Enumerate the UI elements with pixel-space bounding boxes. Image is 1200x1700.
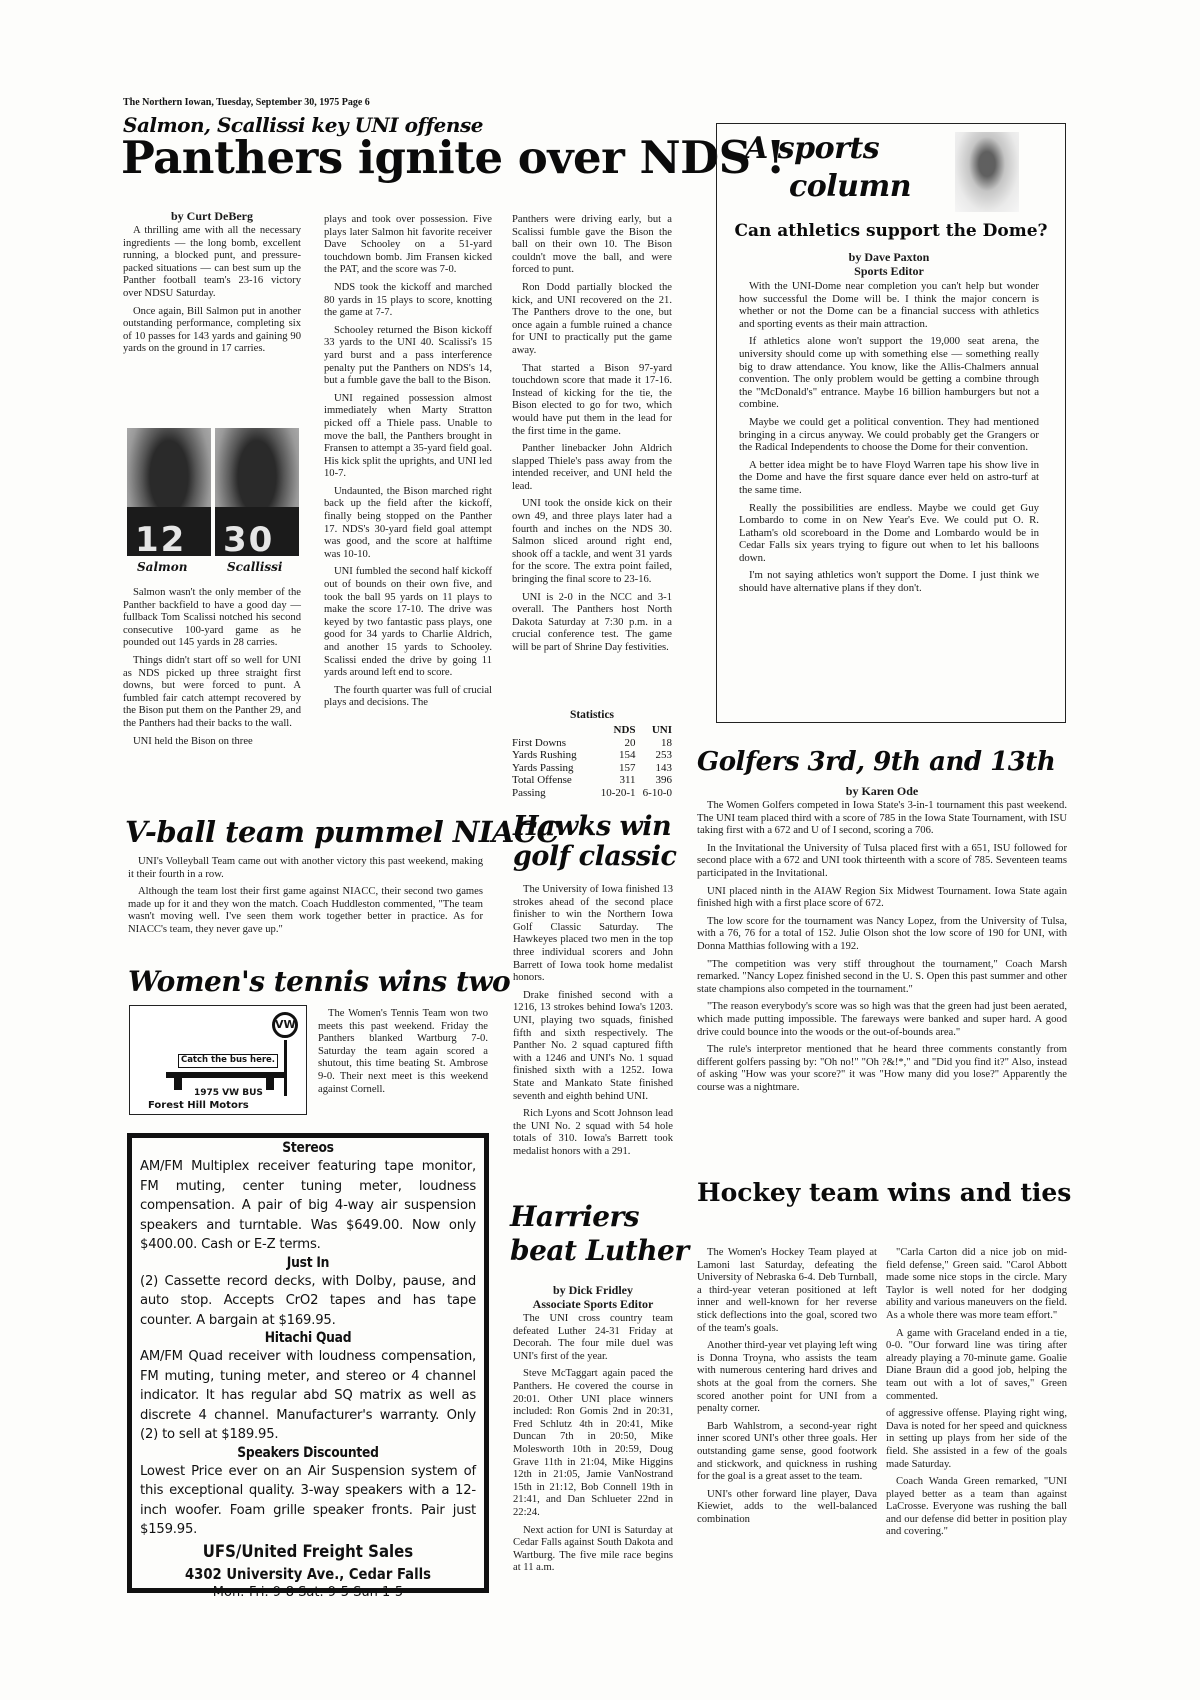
ad-body: Lowest Price ever on an Air Suspension s…	[140, 1462, 476, 1540]
paragraph: UNI took the onside kick on their own 49…	[512, 498, 672, 586]
tennis-headline: Women's tennis wins two	[128, 965, 510, 999]
ad-heading: Hitachi Quad	[160, 1330, 456, 1347]
paragraph: "The competition was very stiff througho…	[697, 959, 1067, 997]
ad-heading: Speakers Discounted	[160, 1445, 456, 1462]
paragraph: Things didn't start off so well for UNI …	[123, 655, 301, 731]
harriers-byline-name: by Dick Fridley	[513, 1283, 673, 1297]
ad-company: UFS/United Freight Sales	[160, 1540, 456, 1564]
hockey-story-col1: The Women's Hockey Team played at Lamoni…	[697, 1247, 877, 1531]
paragraph: UNI is 2-0 in the NCC and 3-1 overall. T…	[512, 592, 672, 655]
vw-bus-ad: VW Catch the bus here. 1975 VW BUS Fores…	[129, 1005, 307, 1115]
main-story-col3: Panthers were driving early, but a Scali…	[512, 214, 672, 660]
paragraph: A thrilling ame with all the necessary i…	[123, 225, 301, 301]
bus-stop-sign: Catch the bus here.	[178, 1054, 278, 1068]
paragraph: The University of Iowa finished 13 strok…	[513, 884, 673, 985]
paragraph: A game with Graceland ended in a tie, 0-…	[886, 1328, 1067, 1404]
paragraph: The UNI cross country team defeated Luth…	[513, 1313, 673, 1363]
sports-column-box: A sports column Can athletics support th…	[716, 123, 1066, 723]
harriers-story: by Dick Fridley Associate Sports Editor …	[513, 1283, 673, 1580]
paragraph: Barb Wahlstrom, a second-year right inne…	[697, 1421, 877, 1484]
paragraph: Schooley returned the Bison kickoff 33 y…	[324, 325, 492, 388]
vw-model: 1975 VW BUS	[194, 1088, 263, 1098]
paragraph: If athletics alone won't support the 19,…	[739, 335, 1039, 411]
paragraph: I'm not saying athletics won't support t…	[739, 569, 1039, 594]
column-body: by Dave Paxton Sports Editor With the UN…	[739, 250, 1039, 600]
paragraph: Coach Wanda Green remarked, "UNI played …	[886, 1476, 1067, 1539]
harriers-byline-title: Associate Sports Editor	[513, 1297, 673, 1311]
player-photos: 12 30 Salmon Scallissi	[127, 428, 302, 583]
main-story-col2: plays and took over possession. Five pla…	[324, 214, 492, 715]
main-headline: Panthers ignite over NDS !	[121, 133, 785, 183]
bench-leg	[266, 1078, 274, 1090]
hawks-headline-line1: Hawks win	[513, 812, 671, 842]
stats-header-row: NDS UNI	[512, 724, 672, 737]
paragraph: In the Invitational the University of Tu…	[697, 843, 1067, 881]
paragraph: Next action for UNI is Saturday at Cedar…	[513, 1525, 673, 1575]
stats-row: Yards Rushing154253	[512, 749, 672, 762]
stats-row: Yards Passing157143	[512, 762, 672, 775]
golfers-headline: Golfers 3rd, 9th and 13th	[697, 747, 1055, 777]
stats-row: Passing10-20-16-10-0	[512, 787, 672, 800]
volleyball-story: UNI's Volleyball Team came out with anot…	[128, 856, 483, 942]
column-title-line1: A sports	[745, 132, 879, 166]
main-story-col1: by Curt DeBerg A thrilling ame with all …	[123, 209, 301, 361]
ad-body: AM/FM Multiplex receiver featuring tape …	[140, 1157, 476, 1255]
paragraph: Once again, Bill Salmon put in another o…	[123, 306, 301, 356]
hockey-headline: Hockey team wins and ties	[697, 1178, 1071, 1208]
stats-title: Statistics	[512, 708, 672, 722]
main-byline: by Curt DeBerg	[123, 209, 301, 223]
paragraph: Although the team lost their first game …	[128, 886, 483, 936]
stats-table: NDS UNI First Downs2018 Yards Rushing154…	[512, 724, 672, 799]
photo-caption-scallissi: Scallissi	[227, 560, 283, 574]
paragraph: A better idea might be to have Floyd War…	[739, 459, 1039, 497]
bench-leg	[174, 1078, 182, 1090]
harriers-headline-line2: beat Luther	[510, 1235, 689, 1267]
paragraph: Rich Lyons and Scott Johnson lead the UN…	[513, 1108, 673, 1158]
photo-caption-salmon: Salmon	[137, 560, 187, 574]
ad-hours: Mon.-Fri. 9-8 Sat. 9-5 Sun 1-5	[140, 1584, 476, 1601]
paragraph: UNI placed ninth in the AIAW Region Six …	[697, 886, 1067, 911]
ad-address: 4302 University Ave., Cedar Falls	[160, 1564, 456, 1584]
paragraph: Maybe we could get a political conventio…	[739, 416, 1039, 454]
paragraph: Panthers were driving early, but a Scali…	[512, 214, 672, 277]
column-headline: Can athletics support the Dome?	[717, 221, 1065, 241]
paragraph: plays and took over possession. Five pla…	[324, 214, 492, 277]
harriers-headline-line1: Harriers	[510, 1201, 639, 1233]
ad-body: (2) Cassette record decks, with Dolby, p…	[140, 1272, 476, 1331]
ad-heading: Just In	[160, 1255, 456, 1272]
paragraph: Really the possibilities are endless. Ma…	[739, 502, 1039, 565]
paragraph: The Women Golfers competed in Iowa State…	[697, 800, 1067, 838]
paragraph: With the UNI-Dome near completion you ca…	[739, 280, 1039, 330]
photo-salmon: 12	[127, 428, 211, 556]
paragraph: Drake finished second with a 1216, 13 st…	[513, 990, 673, 1103]
paragraph: UNI's Volleyball Team came out with anot…	[128, 856, 483, 881]
paragraph: "Carla Carton did a nice job on mid-fiel…	[886, 1247, 1067, 1323]
bus-stop-pole	[284, 1040, 287, 1096]
paragraph: UNI held the Bison on three	[123, 736, 301, 749]
paragraph: The low score for the tournament was Nan…	[697, 916, 1067, 954]
column-byline-name: by Dave Paxton	[739, 250, 1039, 264]
paragraph: Panther linebacker John Aldrich slapped …	[512, 443, 672, 493]
paragraph: The rule's interpretor mentioned that he…	[697, 1044, 1067, 1094]
ad-body: AM/FM Quad receiver with loudness compen…	[140, 1347, 476, 1445]
paragraph: of aggressive offense. Playing right win…	[886, 1408, 1067, 1471]
paragraph: Salmon wasn't the only member of the Pan…	[123, 587, 301, 650]
column-title-line2: column	[789, 170, 911, 204]
main-story-col1-cont: Salmon wasn't the only member of the Pan…	[123, 587, 301, 753]
vw-dealer: Forest Hill Motors	[148, 1100, 249, 1111]
ad-heading: Stereos	[160, 1140, 456, 1157]
paragraph: UNI's other forward line player, Dava Ki…	[697, 1489, 877, 1527]
stats-row: Total Offense311396	[512, 774, 672, 787]
paragraph: NDS took the kickoff and marched 80 yard…	[324, 282, 492, 320]
hawks-headline-line2: golf classic	[513, 842, 676, 872]
paragraph: UNI regained possession almost immediate…	[324, 393, 492, 481]
page-folio: The Northern Iowan, Tuesday, September 3…	[123, 97, 370, 108]
columnist-photo	[955, 132, 1019, 212]
tennis-story: The Women's Tennis Team won two meets th…	[318, 1008, 488, 1101]
photo-scallissi: 30	[215, 428, 299, 556]
paragraph: The fourth quarter was full of crucial p…	[324, 685, 492, 710]
paragraph: That started a Bison 97-yard touchdown s…	[512, 363, 672, 439]
game-statistics: Statistics NDS UNI First Downs2018 Yards…	[512, 708, 672, 799]
column-byline-title: Sports Editor	[739, 264, 1039, 278]
golfers-story: by Karen Ode The Women Golfers competed …	[697, 784, 1067, 1099]
stats-row: First Downs2018	[512, 737, 672, 750]
hockey-story-col2: "Carla Carton did a nice job on mid-fiel…	[886, 1247, 1067, 1544]
volleyball-headline: V-ball team pummel NIACC	[125, 815, 559, 849]
paragraph: Steve McTaggart again paced the Panthers…	[513, 1368, 673, 1519]
paragraph: The Women's Hockey Team played at Lamoni…	[697, 1247, 877, 1335]
paragraph: "The reason everybody's score was so hig…	[697, 1001, 1067, 1039]
paragraph: Undaunted, the Bison marched right back …	[324, 486, 492, 562]
paragraph: Another third-year vet playing left wing…	[697, 1340, 877, 1416]
paragraph: UNI fumbled the second half kickoff out …	[324, 566, 492, 679]
golfers-byline: by Karen Ode	[697, 784, 1067, 798]
paragraph: Ron Dodd partially blocked the kick, and…	[512, 282, 672, 358]
hawks-story: The University of Iowa finished 13 strok…	[513, 884, 673, 1163]
vw-logo-icon: VW	[272, 1012, 298, 1038]
paragraph: The Women's Tennis Team won two meets th…	[318, 1008, 488, 1096]
stereo-ad: Stereos AM/FM Multiplex receiver featuri…	[127, 1133, 489, 1593]
